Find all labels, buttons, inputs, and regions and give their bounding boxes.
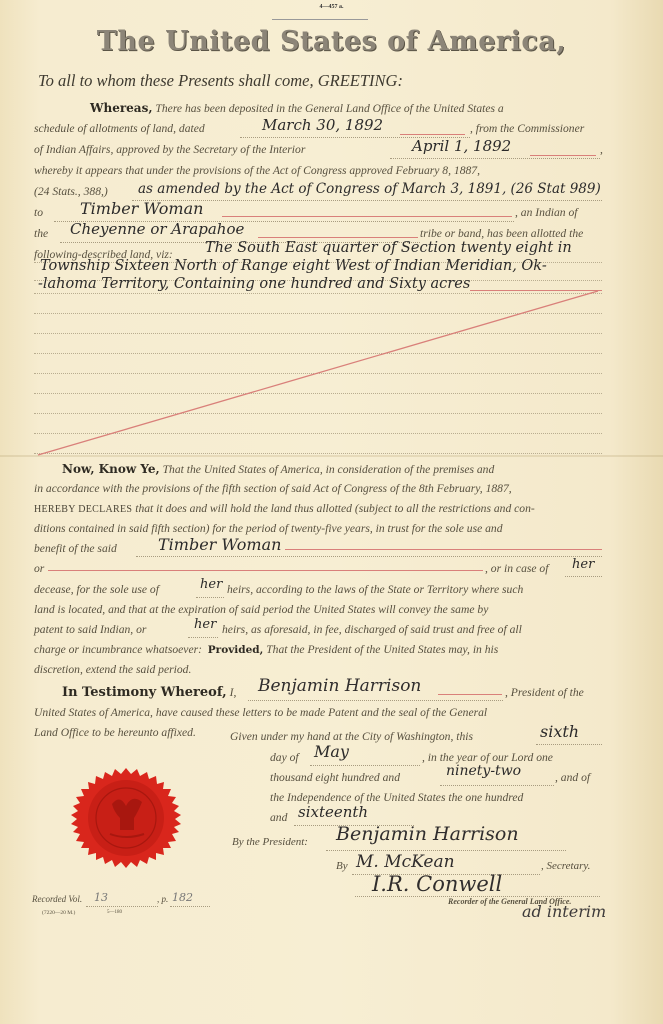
- red-rule: [438, 694, 502, 695]
- pronoun-her: her: [194, 617, 216, 632]
- red-rule: [48, 570, 483, 571]
- dotted-rule: [565, 576, 602, 577]
- now-know-ye-line-10: charge or incumbrance whatsoever: Provid…: [34, 643, 498, 656]
- grant-text: decease, for the sole use of: [34, 583, 159, 596]
- given-text: Given under my hand at the City of Washi…: [230, 730, 473, 743]
- dotted-rule: [86, 906, 158, 907]
- ad-interim-note: ad interim: [522, 902, 606, 921]
- now-know-ye-line-3: HEREBY DECLARES that it does and will ho…: [34, 502, 535, 515]
- recorded-vol-label: Recorded Vol.: [32, 894, 82, 904]
- dotted-rule: [188, 637, 218, 638]
- grant-text: benefit of the said: [34, 542, 117, 555]
- dotted-rule: [326, 850, 566, 851]
- red-rule: [285, 549, 602, 550]
- general-land-office-seal: [64, 768, 188, 868]
- grant-text: or: [34, 562, 44, 575]
- volume-number: 13: [94, 891, 108, 904]
- given-text: thousand eight hundred and: [270, 771, 400, 784]
- dotted-rule: [310, 765, 420, 766]
- dotted-rule: [170, 906, 210, 907]
- now-know-ye-line-1: Now, Know Ye, That the United States of …: [62, 462, 494, 476]
- dotted-rule: [136, 556, 602, 557]
- testimony-text: , President of the: [505, 686, 584, 699]
- month-written: May: [314, 742, 349, 761]
- recorder-signature: I.R. Conwell: [372, 872, 502, 896]
- land-patent-document: 4—457 a. The United States of America, T…: [0, 0, 663, 1024]
- grant-text: that it does and will hold the land thus…: [135, 502, 535, 515]
- secretary-label: , Secretary.: [541, 860, 590, 872]
- print-code: (7220—20 M.): [42, 910, 75, 916]
- by-president-label: By the President:: [232, 836, 308, 848]
- by-label: By: [336, 860, 348, 872]
- now-know-ye-line-8: land is located, and that at the expirat…: [34, 603, 488, 616]
- testimony-text: I,: [230, 686, 237, 699]
- given-text: , and of: [555, 771, 590, 784]
- now-know-ye-line-4: ditions contained in said fifth section)…: [34, 522, 503, 535]
- now-know-ye-lead: Now, Know Ye,: [62, 462, 160, 476]
- testimony-line-2: United States of America, have caused th…: [34, 706, 487, 719]
- page-label: , p.: [157, 894, 168, 904]
- print-code-2: 5—180: [107, 910, 122, 915]
- provided-lead: Provided,: [208, 644, 264, 656]
- page-number: 182: [172, 891, 193, 904]
- now-know-ye-line-11: discretion, extend the said period.: [34, 663, 191, 676]
- secretary-signature: M. McKean: [356, 852, 455, 872]
- dotted-rule: [440, 785, 554, 786]
- pronoun-her: her: [200, 577, 222, 592]
- grant-text: , or in case of: [485, 562, 548, 575]
- president-signature: Benjamin Harrison: [336, 823, 519, 845]
- day-written: sixth: [540, 722, 579, 741]
- grant-text: That the United States of America, in co…: [163, 463, 495, 476]
- testimony-line-3: Land Office to be hereunto affixed.: [34, 726, 196, 739]
- testimony-lead: In Testimony Whereof,: [62, 685, 227, 700]
- grant-text: charge or incumbrance whatsoever:: [34, 643, 202, 656]
- independence-year-written: sixteenth: [298, 803, 368, 821]
- grant-text: heirs, as aforesaid, in fee, discharged …: [222, 623, 522, 636]
- grant-text: patent to said Indian, or: [34, 623, 146, 636]
- dotted-rule: [248, 700, 503, 701]
- now-know-ye-line-2: in accordance with the provisions of the…: [34, 482, 512, 495]
- grant-text: That the President of the United States …: [266, 643, 498, 656]
- dotted-rule: [196, 597, 224, 598]
- given-text: day of: [270, 751, 299, 764]
- hereby-declares: HEREBY DECLARES: [34, 504, 132, 515]
- year-written: ninety-two: [446, 763, 521, 779]
- testimony-line-1: In Testimony Whereof, I,: [62, 685, 236, 700]
- president-name-written: Benjamin Harrison: [258, 676, 421, 696]
- given-text: and: [270, 811, 287, 824]
- pronoun-her: her: [572, 557, 594, 572]
- beneficiary-name: Timber Woman: [158, 535, 281, 554]
- dotted-rule: [536, 744, 602, 745]
- grant-text: heirs, according to the laws of the Stat…: [227, 583, 523, 596]
